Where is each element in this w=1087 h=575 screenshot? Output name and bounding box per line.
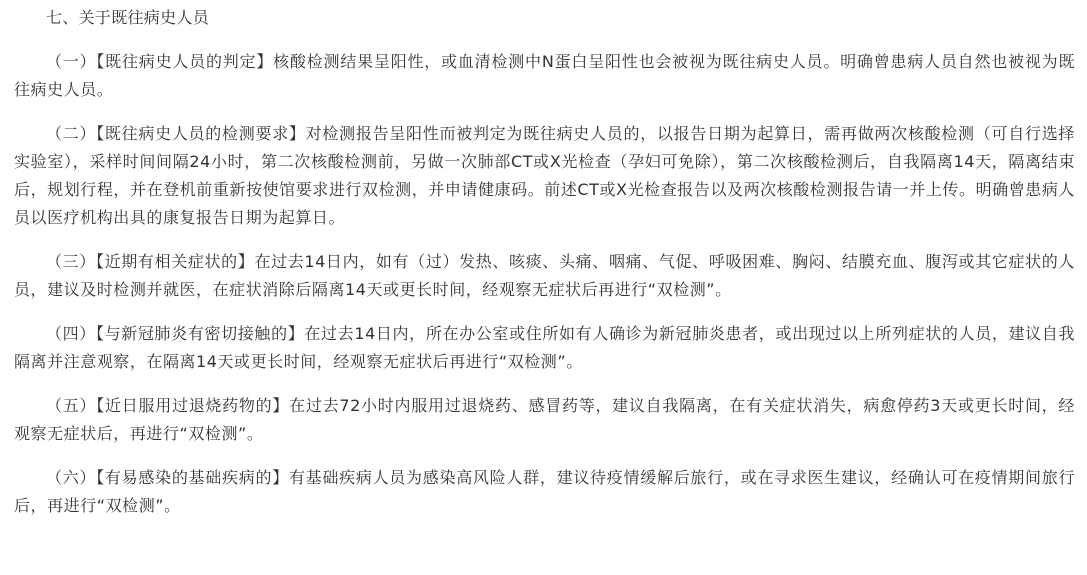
item-number: （二） (46, 124, 96, 143)
item-number: （五） (46, 396, 96, 415)
item-paragraph-5: （五）【近日服用过退烧药物的】在过去72小时内服用过退烧药、感冒药等，建议自我隔… (14, 392, 1075, 448)
item-paragraph-2: （二）【既往病史人员的检测要求】对检测报告呈阳性而被判定为既往病史人员的，以报告… (14, 120, 1075, 232)
item-title: 【近日服用过退烧药物的】 (96, 396, 289, 415)
item-paragraph-1: （一）【既往病史人员的判定】核酸检测结果呈阳性，或血清检测中N蛋白呈阳性也会被视… (14, 48, 1075, 104)
article-body: 七、关于既往病史人员 （一）【既往病史人员的判定】核酸检测结果呈阳性，或血清检测… (0, 0, 1087, 520)
item-title: 【既往病史人员的检测要求】 (96, 124, 305, 143)
item-title: 【与新冠肺炎有密切接触的】 (96, 324, 304, 343)
item-paragraph-4: （四）【与新冠肺炎有密切接触的】在过去14日内，所在办公室或住所如有人确诊为新冠… (14, 320, 1075, 376)
section-heading: 七、关于既往病史人员 (14, 0, 1075, 32)
item-title: 【有易感染的基础疾病的】 (96, 468, 289, 487)
item-number: （六） (46, 468, 96, 487)
item-paragraph-6: （六）【有易感染的基础疾病的】有基础疾病人员为感染高风险人群，建议待疫情缓解后旅… (14, 464, 1075, 520)
item-paragraph-3: （三）【近期有相关症状的】在过去14日内，如有（过）发热、咳痰、头痛、咽痛、气促… (14, 248, 1075, 304)
item-title: 【近期有相关症状的】 (96, 252, 254, 271)
item-title: 【既往病史人员的判定】 (96, 52, 273, 71)
item-number: （一） (46, 52, 96, 71)
item-number: （四） (46, 324, 96, 343)
item-number: （三） (46, 252, 96, 271)
